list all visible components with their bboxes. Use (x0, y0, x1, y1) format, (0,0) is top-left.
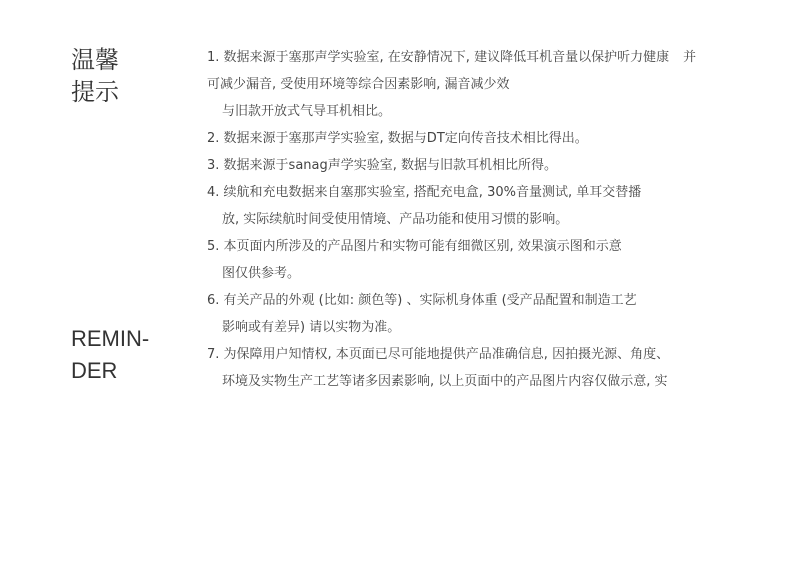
note-text-line: 环境及实物生产工艺等诸多因素影响, 以上页面中的产品图片内容仅做示意, 实 (207, 368, 752, 395)
note-item-5: 5. 本页面内所涉及的产品图片和实物可能有细微区别, 效果演示图和示意 图仅供参… (207, 233, 752, 287)
heading-cn-line-1: 温馨 (71, 44, 141, 76)
note-number: 3. (207, 158, 219, 173)
note-number: 6. (207, 293, 219, 308)
heading-cn-line-2: 提示 (71, 76, 141, 108)
note-item-7: 7. 为保障用户知情权, 本页面已尽可能地提供产品准确信息, 因拍摄光源、角度、… (207, 341, 752, 395)
note-number: 7. (207, 347, 219, 362)
note-text-line: 与旧款开放式气导耳机相比。 (207, 98, 752, 125)
heading-en-line-2: DER (71, 355, 191, 387)
note-text-line: 数据来源于sanag声学实验室, 数据与旧款耳机相比所得。 (224, 158, 557, 173)
note-text-line: 数据来源于塞那声学实验室, 数据与DT定向传音技术相比得出。 (224, 131, 588, 146)
reminder-heading-english: REMIN- DER (71, 323, 191, 387)
note-number: 4. (207, 185, 219, 200)
note-number: 1. (207, 50, 219, 65)
note-text-line: 影响或有差异) 请以实物为准。 (207, 314, 752, 341)
note-text-tail: 并 (683, 50, 696, 65)
note-number: 2. (207, 131, 219, 146)
reminder-notes-list: 1. 数据来源于塞那声学实验室, 在安静情况下, 建议降低耳机音量以保护听力健康… (207, 44, 752, 395)
note-text-line: 本页面内所涉及的产品图片和实物可能有细微区别, 效果演示图和示意 (224, 239, 622, 254)
note-item-6: 6. 有关产品的外观 (比如: 颜色等) 、实际机身体重 (受产品配置和制造工艺… (207, 287, 752, 341)
heading-en-line-1: REMIN- (71, 323, 191, 355)
note-text-line: 数据来源于塞那声学实验室, 在安静情况下, 建议降低耳机音量以保护听力健康 (224, 50, 670, 65)
note-text-line: 图仅供参考。 (207, 260, 752, 287)
reminder-heading-chinese: 温馨 提示 (71, 44, 141, 108)
note-item-4: 4. 续航和充电数据来自塞那实验室, 搭配充电盒, 30%音量测试, 单耳交替播… (207, 179, 752, 233)
note-item-2: 2. 数据来源于塞那声学实验室, 数据与DT定向传音技术相比得出。 (207, 125, 752, 152)
note-item-1: 1. 数据来源于塞那声学实验室, 在安静情况下, 建议降低耳机音量以保护听力健康… (207, 44, 752, 125)
note-text-line: 续航和充电数据来自塞那实验室, 搭配充电盒, 30%音量测试, 单耳交替播 (224, 185, 642, 200)
note-item-3: 3. 数据来源于sanag声学实验室, 数据与旧款耳机相比所得。 (207, 152, 752, 179)
note-number: 5. (207, 239, 219, 254)
note-text-line: 为保障用户知情权, 本页面已尽可能地提供产品准确信息, 因拍摄光源、角度、 (224, 347, 670, 362)
note-text-line: 放, 实际续航时间受使用情境、产品功能和使用习惯的影响。 (207, 206, 752, 233)
note-text-line: 有关产品的外观 (比如: 颜色等) 、实际机身体重 (受产品配置和制造工艺 (224, 293, 637, 308)
note-text-line: 可减少漏音, 受使用环境等综合因素影响, 漏音减少效 (207, 71, 752, 98)
